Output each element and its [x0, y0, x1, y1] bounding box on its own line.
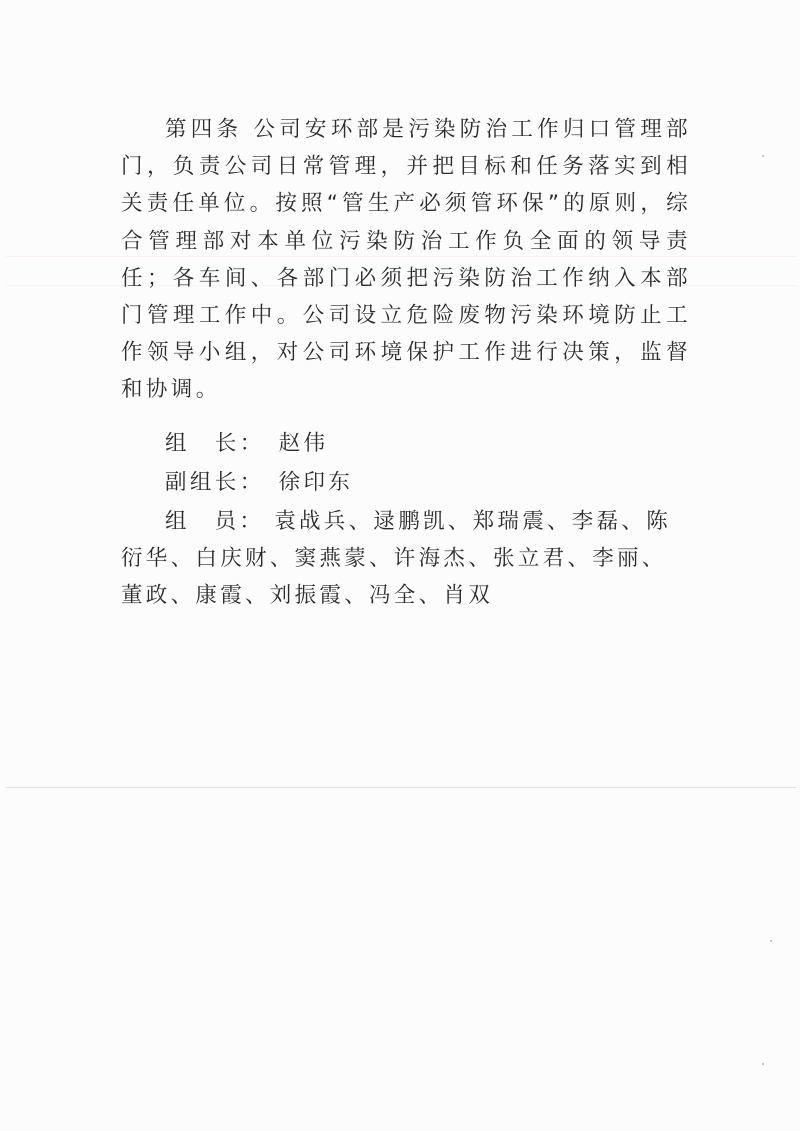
leader-label: 组 长： — [165, 426, 265, 457]
leader-name: 赵伟 — [279, 426, 329, 457]
leader-row: 组 长：赵伟 — [165, 426, 328, 457]
scan-speck — [762, 155, 764, 157]
members-paragraph: 组 员：袁战兵、逯鹏凯、郑瑞震、李磊、陈衍华、白庆财、窦燕蒙、许海杰、张立君、李… — [121, 503, 691, 615]
article-paragraph: 第四条 公司安环部是污染防治工作归口管理部门，负责公司日常管理，并把目标和任务落… — [121, 111, 691, 409]
deputy-leader-row: 副组长：徐印东 — [165, 465, 353, 496]
scan-speck — [770, 940, 772, 942]
deputy-leader-label: 副组长： — [165, 465, 265, 496]
scan-artifact-line — [6, 787, 796, 788]
deputy-leader-name: 徐印东 — [279, 465, 354, 496]
members-label: 组 员： — [165, 509, 264, 534]
scanned-document-page: 第四条 公司安环部是污染防治工作归口管理部门，负责公司日常管理，并把目标和任务落… — [0, 0, 800, 1131]
scan-speck — [762, 1063, 764, 1065]
